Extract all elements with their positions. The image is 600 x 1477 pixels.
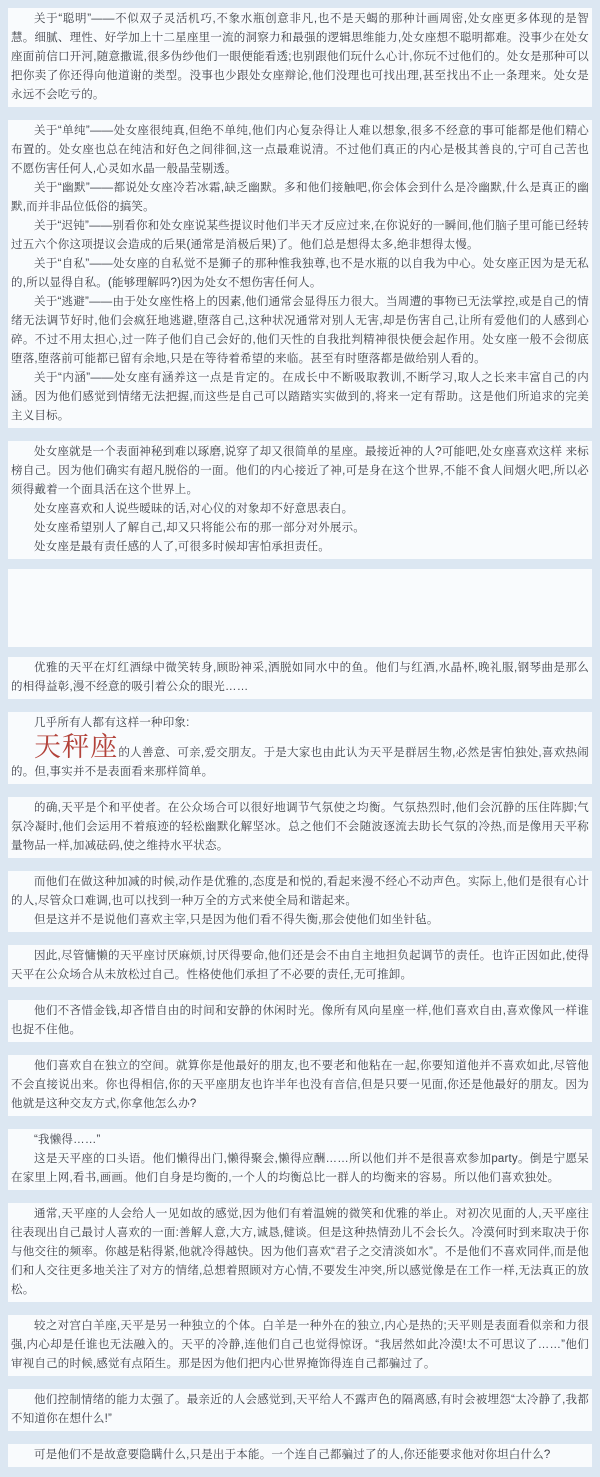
libra-vs-aries-paragraph: 较之对宫白羊座,天平是另一种独立的个体。白羊是一种外在的独立,内心是热的;天平则… <box>8 1315 592 1376</box>
libra-heading-group: 几乎所有人都有这样一种印象:天秤座的人善意、可亲,爱交朋友。于是大家也由此认为天… <box>8 712 592 784</box>
paragraph: 关于“迟钝”——别看你和处女座说某些提议时他们半天才反应过来,在你说好的一瞬间,… <box>11 217 589 255</box>
article-body: 关于“聪明”——不似双子灵活机巧,不象水瓶创意非凡,也不是天蝎的那种计画周密,处… <box>8 8 592 1467</box>
libra-balancing-group: 而他们在做这种加减的时候,动作是优雅的,态度是和悦的,看起来漫不经心不动声色。实… <box>8 871 592 932</box>
paragraph: 他们喜欢自在独立的空间。就算你是他最好的朋友,也不要老和他粘在一起,你要知道他并… <box>11 1057 589 1114</box>
libra-peacemaker-paragraph: 的确,天平是个和平使者。在公众场合可以很好地调节气氛使之均衡。气氛热烈时,他们会… <box>8 797 592 858</box>
virgo-traits-group: 关于“单纯”——处女座很纯真,但绝不单纯,他们内心复杂得让人难以想象,很多不经意… <box>8 120 592 428</box>
virgo-summary-group: 处女座就是一个表面神秘到难以琢磨,说穿了却又很简单的星座。最接近神的人?可能吧,… <box>8 441 592 559</box>
libra-intro-paragraph: 优雅的天平在灯红酒绿中微笑转身,顾盼神采,洒脱如同水中的鱼。他们与红酒,水晶杯,… <box>8 657 592 699</box>
paragraph: 但是这并不是说他们喜欢主宰,只是因为他们看不得失衡,那会使他们如坐针毡。 <box>11 911 589 930</box>
paragraph: 关于“单纯”——处女座很纯真,但绝不单纯,他们内心复杂得让人难以想象,很多不经意… <box>11 122 589 179</box>
paragraph: 处女座就是一个表面神秘到难以琢磨,说穿了却又很简单的星座。最接近神的人?可能吧,… <box>11 443 589 500</box>
section-gap <box>8 1431 592 1444</box>
paragraph: 这是天平座的口头语。他们懒得出门,懒得聚会,懒得应酬……所以他们并不是很喜欢参加… <box>11 1150 589 1188</box>
section-gap <box>8 1302 592 1315</box>
virgo-smart-paragraph: 关于“聪明”——不似双子灵活机巧,不象水瓶创意非凡,也不是天蝎的那种计画周密,处… <box>8 8 592 107</box>
paragraph: 处女座是最有责任感的人了,可很多时候却害怕承担责任。 <box>11 538 589 557</box>
section-gap <box>8 1116 592 1129</box>
paragraph: 关于“逃避”——由于处女座性格上的因素,他们通常会显得压力很大。当周遭的事物已无… <box>11 293 589 369</box>
section-gap <box>8 1376 592 1389</box>
paragraph: 处女座希望别人了解自己,却又只将能公布的那一部分对外展示。 <box>11 519 589 538</box>
libra-zodiac-title: 天秤座 <box>34 732 118 763</box>
section-gap <box>8 858 592 871</box>
libra-independent-space-paragraph: 他们喜欢自在独立的空间。就算你是他最好的朋友,也不要老和他粘在一起,你要知道他并… <box>8 1055 592 1116</box>
libra-responsibility-paragraph: 因此,尽管慵懒的天平座讨厌麻烦,讨厌得要命,他们还是会不由自主地担负起调节的责任… <box>8 945 592 987</box>
paragraph: “我懒得……” <box>11 1131 589 1150</box>
article-page: 关于“聪明”——不似双子灵活机巧,不象水瓶创意非凡,也不是天蝎的那种计画周密,处… <box>0 0 600 1477</box>
paragraph: 关于“幽默”——都说处女座冷若冰霜,缺乏幽默。多和他们接触吧,你会体会到什么是冷… <box>11 179 589 217</box>
section-gap <box>8 699 592 712</box>
section-gap <box>8 987 592 1000</box>
paragraph: 他们不吝惜金钱,却吝惜自由的时间和安静的休闲时光。像所有风向星座一样,他们喜欢自… <box>11 1002 589 1040</box>
paragraph: 关于“内涵”——处女座有涵养这一点是肯定的。在成长中不断吸取教训,不断学习,取人… <box>11 369 589 426</box>
libra-freedom-paragraph: 他们不吝惜金钱,却吝惜自由的时间和安静的休闲时光。像所有风向星座一样,他们喜欢自… <box>8 1000 592 1042</box>
section-gap <box>8 1042 592 1055</box>
section-gap <box>8 107 592 120</box>
libra-first-impression-paragraph: 通常,天平座的人会给人一见如故的感觉,因为他们有着温婉的微笑和优雅的举止。对初次… <box>8 1203 592 1302</box>
paragraph: 因此,尽管慵懒的天平座讨厌麻烦,讨厌得要命,他们还是会不由自主地担负起调节的责任… <box>11 947 589 985</box>
paragraph: 几乎所有人都有这样一种印象: <box>11 714 589 733</box>
libra-heading-paragraph: 天秤座的人善意、可亲,爱交朋友。于是大家也由此认为天平是群居生物,必然是害怕独处… <box>11 733 589 782</box>
paragraph: 关于“自私”——处女座的自私觉不是狮子的那种惟我独尊,也不是水瓶的以自我为中心。… <box>11 255 589 293</box>
paragraph: 关于“聪明”——不似双子灵活机巧,不象水瓶创意非凡,也不是天蝎的那种计画周密,处… <box>11 10 589 105</box>
paragraph: 优雅的天平在灯红酒绿中微笑转身,顾盼神采,洒脱如同水中的鱼。他们与红酒,水晶杯,… <box>11 659 589 697</box>
libra-emotion-control-paragraph: 他们控制情绪的能力太强了。最亲近的人会感觉到,天平给人不露声色的隔离感,有时会被… <box>8 1389 592 1431</box>
section-gap <box>8 428 592 441</box>
libra-closing-paragraph: 可是他们不是故意要隐瞒什么,只是出于本能。一个连自己都骗过了的人,你还能要求他对… <box>8 1444 592 1467</box>
paragraph: 较之对宫白羊座,天平是另一种独立的个体。白羊是一种外在的独立,内心是热的;天平则… <box>11 1317 589 1374</box>
section-gap <box>8 932 592 945</box>
section-gap <box>8 1190 592 1203</box>
paragraph: 可是他们不是故意要隐瞒什么,只是出于本能。一个连自己都骗过了的人,你还能要求他对… <box>11 1446 589 1465</box>
libra-lazy-group: “我懒得……”这是天平座的口头语。他们懒得出门,懒得聚会,懒得应酬……所以他们并… <box>8 1129 592 1190</box>
section-spacer <box>8 569 592 647</box>
paragraph: 而他们在做这种加减的时候,动作是优雅的,态度是和悦的,看起来漫不经心不动声色。实… <box>11 873 589 911</box>
paragraph: 的确,天平是个和平使者。在公众场合可以很好地调节气氛使之均衡。气氛热烈时,他们会… <box>11 799 589 856</box>
paragraph: 他们控制情绪的能力太强了。最亲近的人会感觉到,天平给人不露声色的隔离感,有时会被… <box>11 1391 589 1429</box>
paragraph: 通常,天平座的人会给人一见如故的感觉,因为他们有着温婉的微笑和优雅的举止。对初次… <box>11 1205 589 1300</box>
paragraph: 处女座喜欢和人说些暧昧的话,对心仪的对象却不好意思表白。 <box>11 500 589 519</box>
section-gap <box>8 784 592 797</box>
